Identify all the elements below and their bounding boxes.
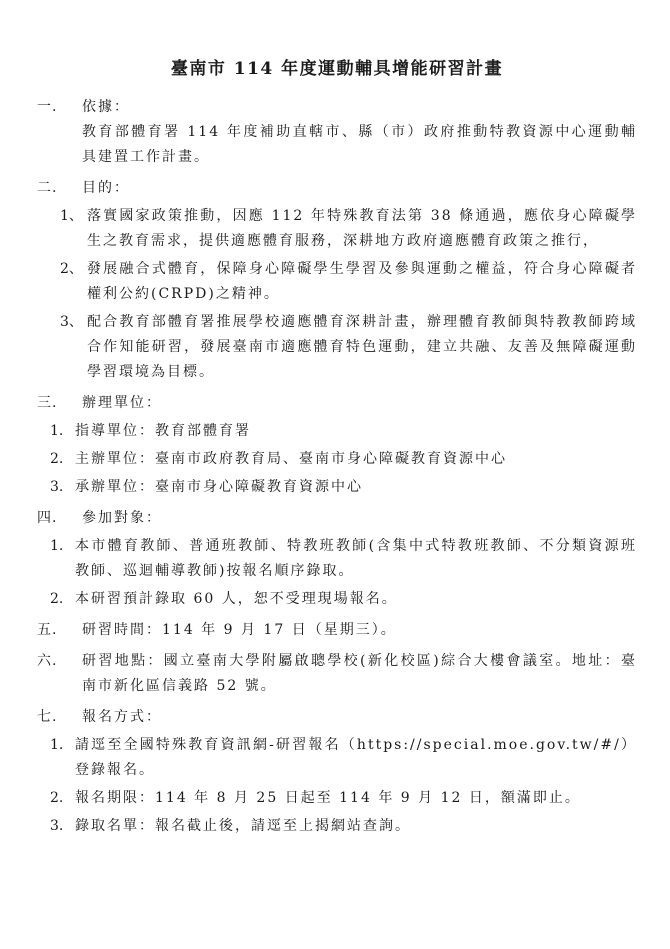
section-registration: 七. 報名方式： 1. 請逕至全國特殊教育資訊網-研習報名（https://sp… — [37, 705, 637, 839]
section-heading: 研習地點：國立臺南大學附屬啟聰學校(新化校區)綜合大樓會議室。地址：臺南市新化區… — [82, 649, 637, 699]
section-heading: 報名方式： — [82, 705, 637, 730]
list-item-marker: 3. — [50, 814, 75, 839]
section-number: 七. — [37, 705, 82, 730]
list-item: 1、 落實國家政策推動，因應 112 年特殊教育法第 38 條通過，應依身心障礙… — [37, 204, 637, 254]
list-item-marker: 2、 — [60, 257, 87, 307]
section-number: 一. — [37, 95, 82, 120]
list-item: 1. 請逕至全國特殊教育資訊網-研習報名（https://special.moe… — [37, 733, 637, 783]
section-heading: 研習時間：114 年 9 月 17 日（星期三）。 — [82, 618, 637, 643]
list-item-marker: 1. — [50, 733, 75, 783]
list-item-text: 錄取名單：報名截止後，請逕至上揭網站查詢。 — [75, 814, 637, 839]
list-item-text: 落實國家政策推動，因應 112 年特殊教育法第 38 條通過，應依身心障礙學生之… — [87, 204, 637, 254]
list-item-marker: 2. — [50, 587, 75, 612]
section-number: 五. — [37, 618, 82, 643]
list-item-marker: 1. — [50, 419, 75, 444]
list-item: 2. 主辦單位：臺南市政府教育局、臺南市身心障礙教育資源中心 — [37, 447, 637, 472]
section-purpose: 二. 目的： 1、 落實國家政策推動，因應 112 年特殊教育法第 38 條通過… — [37, 176, 637, 385]
section-heading: 參加對象： — [82, 506, 637, 531]
list-item: 1. 指導單位：教育部體育署 — [37, 419, 637, 444]
list-item-text: 承辦單位：臺南市身心障礙教育資源中心 — [75, 475, 637, 500]
list-item-marker: 2. — [50, 786, 75, 811]
document-title: 臺南市 114 年度運動輔具增能研習計畫 — [37, 56, 637, 82]
section-number: 二. — [37, 176, 82, 201]
list-item: 3、 配合教育部體育署推展學校適應體育深耕計畫，辦理體育教師與特教教師跨域合作知… — [37, 310, 637, 385]
list-item-text: 請逕至全國特殊教育資訊網-研習報名（https://special.moe.go… — [75, 733, 637, 783]
list-item: 2. 報名期限：114 年 8 月 25 日起至 114 年 9 月 12 日，… — [37, 786, 637, 811]
list-item: 3. 承辦單位：臺南市身心障礙教育資源中心 — [37, 475, 637, 500]
section-number: 六. — [37, 649, 82, 699]
section-location: 六. 研習地點：國立臺南大學附屬啟聰學校(新化校區)綜合大樓會議室。地址：臺南市… — [37, 649, 637, 699]
section-number: 三. — [37, 391, 82, 416]
list-item-text: 發展融合式體育，保障身心障礙學生學習及參與運動之權益，符合身心障礙者權利公約(C… — [87, 257, 637, 307]
section-heading: 辦理單位： — [82, 391, 637, 416]
list-item-marker: 2. — [50, 447, 75, 472]
list-item-marker: 3. — [50, 475, 75, 500]
list-item-text: 主辦單位：臺南市政府教育局、臺南市身心障礙教育資源中心 — [75, 447, 637, 472]
section-number: 四. — [37, 506, 82, 531]
list-item-marker: 3、 — [60, 310, 87, 385]
list-item-marker: 1. — [50, 534, 75, 584]
section-participants: 四. 參加對象： 1. 本市體育教師、普通班教師、特教班教師(含集中式特教班教師… — [37, 506, 637, 612]
list-item-text: 指導單位：教育部體育署 — [75, 419, 637, 444]
list-item: 2、 發展融合式體育，保障身心障礙學生學習及參與運動之權益，符合身心障礙者權利公… — [37, 257, 637, 307]
list-item-text: 本研習預計錄取 60 人，恕不受理現場報名。 — [75, 587, 637, 612]
list-item: 1. 本市體育教師、普通班教師、特教班教師(含集中式特教班教師、不分類資源班教師… — [37, 534, 637, 584]
list-item-marker: 1、 — [60, 204, 87, 254]
paragraph: 教育部體育署 114 年度補助直轄市、縣（市）政府推動特教資源中心運動輔具建置工… — [82, 120, 637, 170]
list-item-text: 報名期限：114 年 8 月 25 日起至 114 年 9 月 12 日，額滿即… — [75, 786, 637, 811]
section-heading: 目的： — [82, 176, 637, 201]
list-item-text: 配合教育部體育署推展學校適應體育深耕計畫，辦理體育教師與特教教師跨域合作知能研習… — [87, 310, 637, 385]
list-item: 3. 錄取名單：報名截止後，請逕至上揭網站查詢。 — [37, 814, 637, 839]
section-heading: 依據： — [82, 95, 637, 120]
document-page: 臺南市 114 年度運動輔具增能研習計畫 一. 依據： 教育部體育署 114 年… — [0, 0, 670, 949]
list-item: 2. 本研習預計錄取 60 人，恕不受理現場報名。 — [37, 587, 637, 612]
section-organizers: 三. 辦理單位： 1. 指導單位：教育部體育署 2. 主辦單位：臺南市政府教育局… — [37, 391, 637, 500]
section-time: 五. 研習時間：114 年 9 月 17 日（星期三）。 — [37, 618, 637, 643]
list-item-text: 本市體育教師、普通班教師、特教班教師(含集中式特教班教師、不分類資源班教師、巡迴… — [75, 534, 637, 584]
section-basis: 一. 依據： 教育部體育署 114 年度補助直轄市、縣（市）政府推動特教資源中心… — [37, 95, 637, 170]
